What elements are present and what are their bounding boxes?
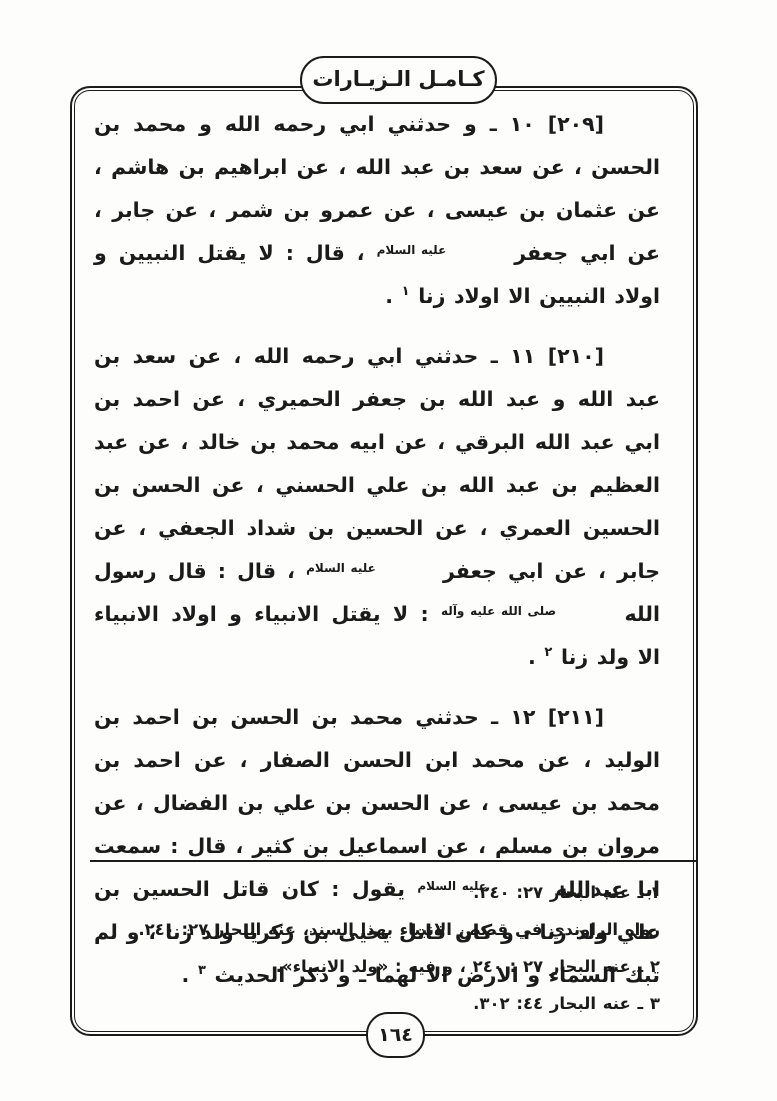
hadith-text: . — [528, 645, 544, 669]
footnote-separator — [90, 860, 696, 862]
book-title-badge: كـامـل الـزيـارات — [300, 56, 497, 104]
hadith-text: [٢١٠] ١١ ـ حدثني ابي رحمه الله ، عن سعد … — [94, 344, 660, 583]
footnote-line: رواه الراوندي في قصص الانبياء بهذا السند… — [100, 911, 660, 948]
honorific-mark: عليه السلام — [306, 562, 432, 574]
footnote-line: ١ ـ عنه البحار ٢٧: ٢٤٠. — [100, 874, 660, 911]
book-title: كـامـل الـزيـارات — [312, 67, 484, 91]
footnote-line: ٢ ـ عنه البحار ٢٧ : ٢٤٠ ، و فيه : «ولد ا… — [100, 948, 660, 985]
book-page: { "colors": { "ink": "#1b1b1b", "paper":… — [0, 0, 777, 1101]
footnotes-block: ١ ـ عنه البحار ٢٧: ٢٤٠. رواه الراوندي في… — [100, 874, 660, 1022]
page-number: ١٦٤ — [378, 1024, 413, 1046]
hadith-text: [٢١١] ١٢ ـ حدثني محمد بن الحسن بن احمد ب… — [94, 705, 660, 901]
footnote-marker: ١ — [402, 284, 410, 299]
honorific-mark: عليه السلام — [377, 244, 503, 256]
honorific-mark: صلى الله عليه وآله — [441, 605, 612, 617]
hadith-paragraph: [٢١٠] ١١ ـ حدثني ابي رحمه الله ، عن سعد … — [94, 335, 660, 679]
page-number-badge: ١٦٤ — [366, 1012, 425, 1058]
hadith-paragraph: [٢٠٩] ١٠ ـ و حدثني ابي رحمه الله و محمد … — [94, 103, 660, 318]
hadith-text: . — [385, 284, 401, 308]
